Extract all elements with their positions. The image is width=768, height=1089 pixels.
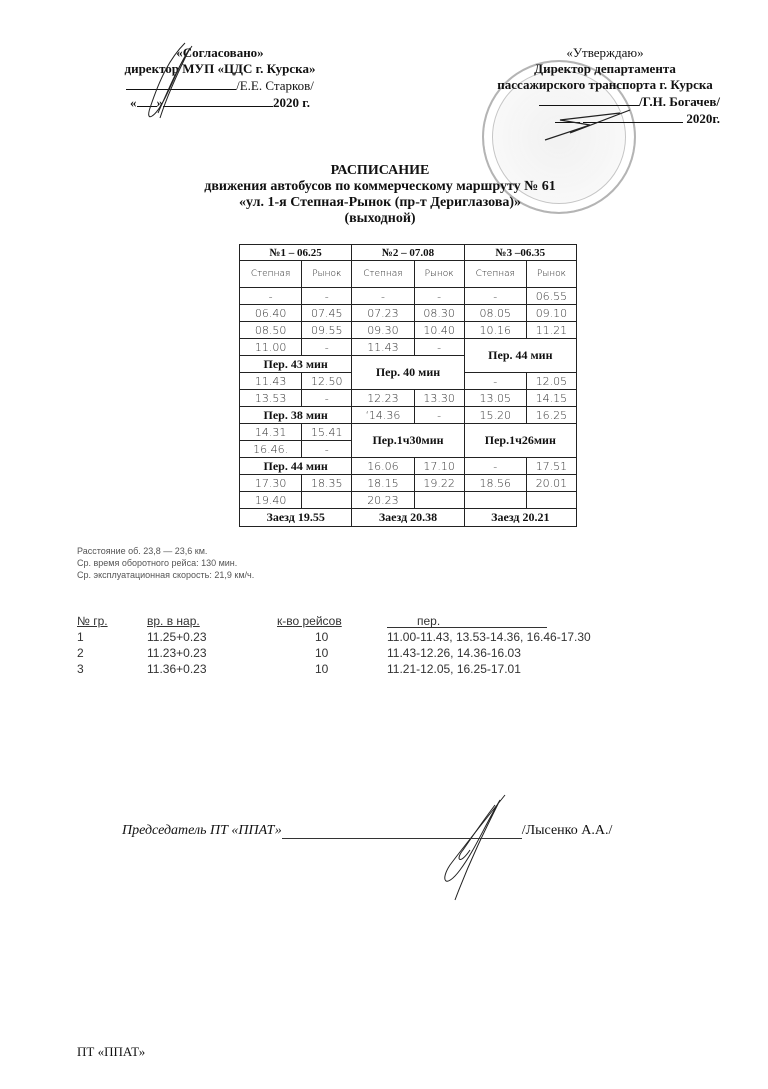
group-header-row: №1 – 06.25 №2 – 07.08 №3 –06.35: [240, 245, 577, 261]
route-info: Расстояние об. 23,8 — 23,6 км. Ср. время…: [77, 545, 254, 581]
time-cell: [526, 492, 576, 509]
stop-header: Рынок: [414, 261, 464, 288]
groups-header-row: № гр. вр. в нар. к-во рейсов пер.: [77, 614, 657, 630]
time-cell: 13.30: [414, 390, 464, 407]
group-work-time: 11.36+0.23: [147, 662, 207, 676]
time-cell: 20.01: [526, 475, 576, 492]
group-trip-count: 10: [277, 646, 328, 660]
break-cell: Пер. 44 мин: [464, 339, 576, 373]
time-cell: 06.40: [240, 305, 302, 322]
group-header: №2 – 07.08: [352, 245, 464, 261]
time-cell: 11.00: [240, 339, 302, 356]
time-cell: [302, 492, 352, 509]
groups-row: 3 11.36+0.23 10 11.21-12.05, 16.25-17.01: [77, 662, 657, 678]
time-cell: 09.10: [526, 305, 576, 322]
time-cell: 18.56: [464, 475, 526, 492]
group-trip-count: 10: [277, 630, 328, 644]
time-cell: [464, 492, 526, 509]
time-cell: 09.30: [352, 322, 414, 339]
title-route: «ул. 1-я Степная-Рынок (пр-т Дериглазова…: [190, 195, 570, 211]
time-cell: 13.05: [464, 390, 526, 407]
group-number: 1: [77, 630, 84, 644]
time-cell: 16.06: [352, 458, 414, 475]
time-cell: -: [414, 339, 464, 356]
time-cell: -: [414, 288, 464, 305]
group-breaks: 11.21-12.05, 16.25-17.01: [387, 662, 521, 676]
table-row: 19.40 20.23: [240, 492, 577, 509]
approval-right-position-2: пассажирского транспорта г. Курска: [460, 77, 750, 93]
stop-header: Степная: [240, 261, 302, 288]
table-row: 08.50 09.55 09.30 10.40 10.16 11.21: [240, 322, 577, 339]
route-avg-trip-time: Ср. время оборотного рейса: 130 мин.: [77, 557, 254, 569]
time-cell: 16.46.: [240, 441, 302, 458]
approval-left-name: /Е.Е. Старков/: [236, 78, 314, 93]
approval-right-position-1: Директор департамента: [460, 61, 750, 77]
table-row: - - - - - 06.55: [240, 288, 577, 305]
time-cell: 08.50: [240, 322, 302, 339]
time-cell: -: [464, 288, 526, 305]
groups-table: № гр. вр. в нар. к-во рейсов пер. 1 11.2…: [77, 614, 657, 678]
approval-left-title: «Согласовано»: [75, 45, 365, 61]
groups-header: № гр.: [77, 614, 108, 628]
approval-left-date-line: «»2020 г.: [75, 94, 365, 111]
break-cell: Пер. 40 мин: [352, 356, 464, 390]
signature-right-icon: [540, 105, 650, 145]
group-number: 3: [77, 662, 84, 676]
time-cell: 19.22: [414, 475, 464, 492]
group-header: №3 –06.35: [464, 245, 576, 261]
group-trip-count: 10: [277, 662, 328, 676]
group-header: №1 – 06.25: [240, 245, 352, 261]
group-work-time: 11.23+0.23: [147, 646, 207, 660]
time-cell: 18.15: [352, 475, 414, 492]
time-cell: -: [302, 390, 352, 407]
time-cell: 06.55: [526, 288, 576, 305]
group-breaks: 11.00-11.43, 13.53-14.36, 16.46-17.30: [387, 630, 591, 644]
approval-left-year: 2020 г.: [273, 95, 310, 110]
time-cell: 14.15: [526, 390, 576, 407]
group-number: 2: [77, 646, 84, 660]
time-cell: 20.23: [352, 492, 414, 509]
table-row: Пер. 38 мин ‘14.36 - 15.20 16.25: [240, 407, 577, 424]
approval-right-name: /Г.Н. Богачев/: [639, 94, 720, 109]
approval-block-left: «Согласовано» директор МУП «ЦДС г. Курск…: [75, 45, 365, 111]
table-footer-row: Заезд 19.55 Заезд 20.38 Заезд 20.21: [240, 509, 577, 527]
time-cell: 15.41: [302, 424, 352, 441]
time-cell: -: [414, 407, 464, 424]
time-cell: 18.35: [302, 475, 352, 492]
break-cell: Пер. 43 мин: [240, 356, 352, 373]
title-subtitle: движения автобусов по коммерческому марш…: [190, 179, 570, 195]
stop-header: Степная: [352, 261, 414, 288]
time-cell: 11.21: [526, 322, 576, 339]
time-cell: 12.23: [352, 390, 414, 407]
depot-return-cell: Заезд 20.21: [464, 509, 576, 527]
break-cell: Пер. 44 мин: [240, 458, 352, 475]
document-title: РАСПИСАНИЕ движения автобусов по коммерч…: [190, 163, 570, 227]
table-row: 06.40 07.45 07.23 08.30 08.05 09.10: [240, 305, 577, 322]
time-cell: 16.25: [526, 407, 576, 424]
time-cell: 11.43: [240, 373, 302, 390]
break-cell: Пер. 38 мин: [240, 407, 352, 424]
chairman-name: /Лысенко А.А./: [522, 823, 613, 838]
time-cell: -: [302, 441, 352, 458]
groups-row: 2 11.23+0.23 10 11.43-12.26, 14.36-16.03: [77, 646, 657, 662]
time-cell: 14.31: [240, 424, 302, 441]
groups-header: пер.: [387, 614, 547, 628]
time-cell: -: [464, 373, 526, 390]
time-cell: -: [464, 458, 526, 475]
break-cell: Пер.1ч26мин: [464, 424, 576, 458]
approval-right-title: «Утверждаю»: [460, 45, 750, 61]
time-cell: 08.30: [414, 305, 464, 322]
groups-row: 1 11.25+0.23 10 11.00-11.43, 13.53-14.36…: [77, 630, 657, 646]
stop-header-row: Степная Рынок Степная Рынок Степная Рыно…: [240, 261, 577, 288]
time-cell: -: [240, 288, 302, 305]
footer-org: ПТ «ППАТ»: [77, 1044, 145, 1060]
time-cell: 12.50: [302, 373, 352, 390]
group-breaks: 11.43-12.26, 14.36-16.03: [387, 646, 521, 660]
route-distance: Расстояние об. 23,8 — 23,6 км.: [77, 545, 254, 557]
time-cell: 12.05: [526, 373, 576, 390]
time-cell: 17.10: [414, 458, 464, 475]
approval-left-position: директор МУП «ЦДС г. Курска»: [75, 61, 365, 77]
signature-line: [282, 824, 522, 839]
table-row: 13.53 - 12.23 13.30 13.05 14.15: [240, 390, 577, 407]
stop-header: Рынок: [302, 261, 352, 288]
signature-chairman-icon: [425, 790, 515, 910]
time-cell: 07.45: [302, 305, 352, 322]
time-cell: 09.55: [302, 322, 352, 339]
time-cell: ‘14.36: [352, 407, 414, 424]
time-cell: 08.05: [464, 305, 526, 322]
title-main: РАСПИСАНИЕ: [190, 163, 570, 179]
stop-header: Степная: [464, 261, 526, 288]
time-cell: -: [302, 339, 352, 356]
title-day-type: (выходной): [190, 211, 570, 227]
stop-header: Рынок: [526, 261, 576, 288]
chairman-signature: Председатель ПТ «ППАТ»/Лысенко А.А./: [122, 823, 612, 839]
time-cell: 15.20: [464, 407, 526, 424]
schedule-table: №1 – 06.25 №2 – 07.08 №3 –06.35 Степная …: [239, 244, 577, 527]
group-work-time: 11.25+0.23: [147, 630, 207, 644]
time-cell: 17.30: [240, 475, 302, 492]
time-cell: 17.51: [526, 458, 576, 475]
time-cell: 07.23: [352, 305, 414, 322]
groups-header: вр. в нар.: [147, 614, 200, 628]
time-cell: 11.43: [352, 339, 414, 356]
time-cell: -: [302, 288, 352, 305]
time-cell: 19.40: [240, 492, 302, 509]
table-row: 17.30 18.35 18.15 19.22 18.56 20.01: [240, 475, 577, 492]
chairman-label: Председатель ПТ «ППАТ»: [122, 823, 282, 838]
time-cell: -: [352, 288, 414, 305]
time-cell: 10.40: [414, 322, 464, 339]
time-cell: 10.16: [464, 322, 526, 339]
approval-left-name-line: /Е.Е. Старков/: [75, 77, 365, 94]
time-cell: [414, 492, 464, 509]
table-row: Пер. 44 мин 16.06 17.10 - 17.51: [240, 458, 577, 475]
table-row: 14.31 15.41 Пер.1ч30мин Пер.1ч26мин: [240, 424, 577, 441]
time-cell: 13.53: [240, 390, 302, 407]
signature-left-icon: [130, 38, 210, 128]
route-avg-speed: Ср. эксплуатационная скорость: 21,9 км/ч…: [77, 569, 254, 581]
table-row: 11.00 - 11.43 - Пер. 44 мин: [240, 339, 577, 356]
break-cell: Пер.1ч30мин: [352, 424, 464, 458]
approval-right-year: 2020г.: [686, 111, 720, 126]
depot-return-cell: Заезд 20.38: [352, 509, 464, 527]
groups-header: к-во рейсов: [277, 614, 342, 628]
depot-return-cell: Заезд 19.55: [240, 509, 352, 527]
